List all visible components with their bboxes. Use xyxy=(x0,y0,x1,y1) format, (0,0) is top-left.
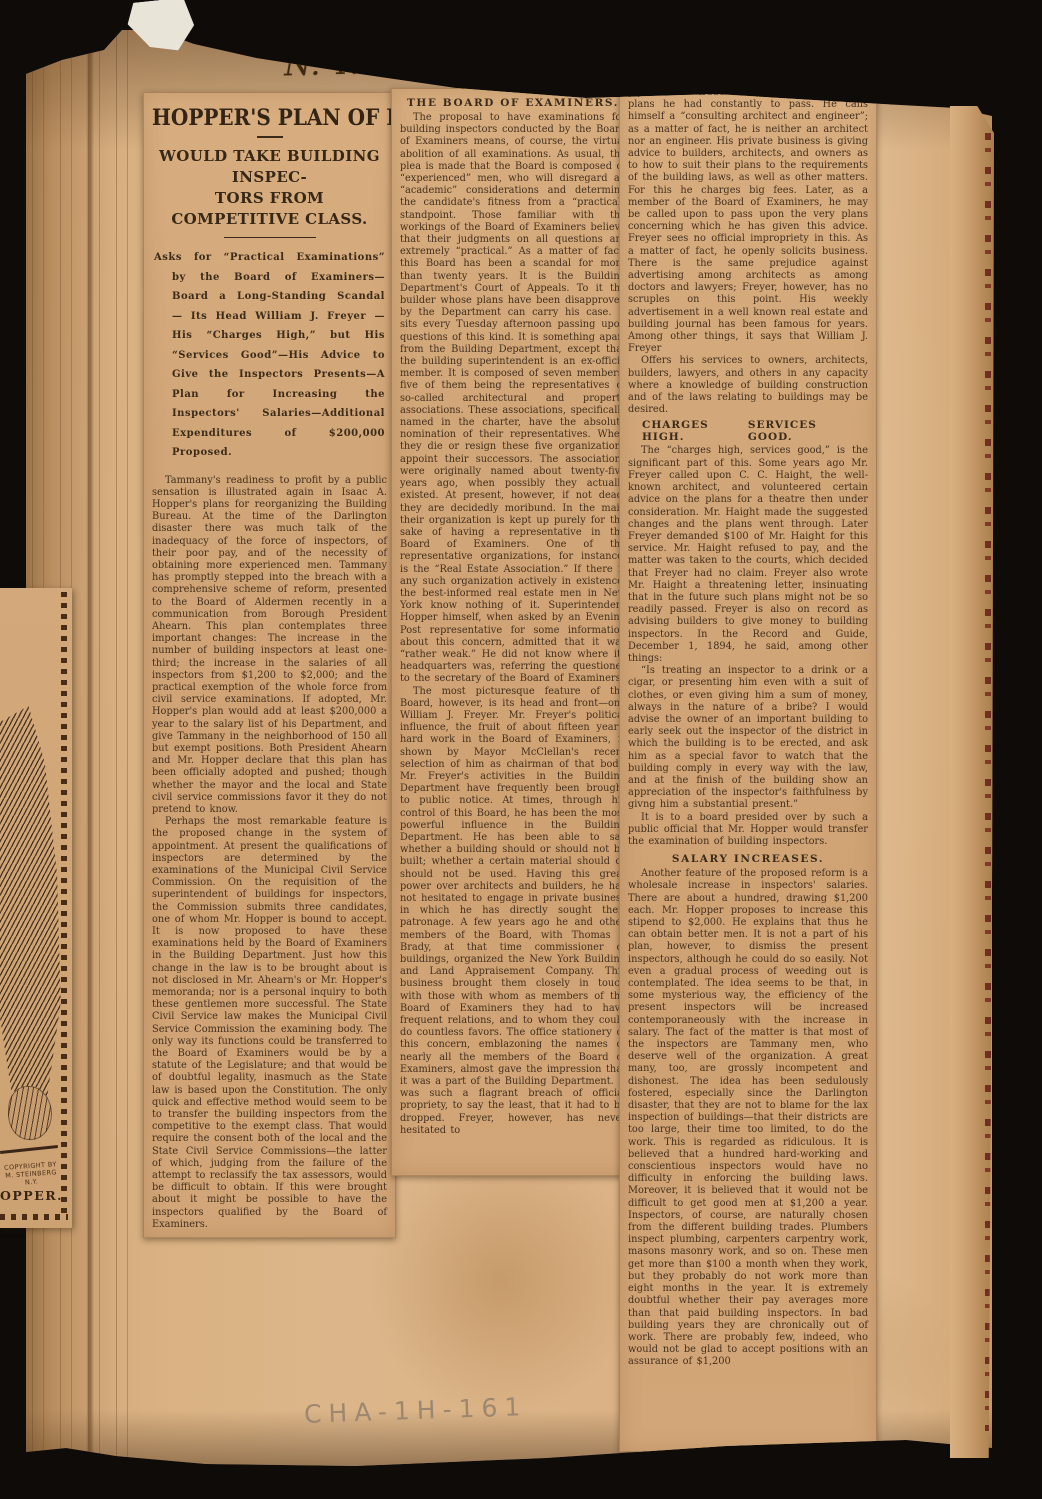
article-paragraph: ply his own trade among those upon whose… xyxy=(628,87,868,355)
engraving-copyright: COPYRIGHT BY M. STEINBERG N.Y. xyxy=(1,1160,61,1188)
scrapbook-photo: N. Y. - Evening Post. May 21 - 1904 HOPP… xyxy=(0,0,1042,1499)
handwritten-publication: N. Y. - Evening Post. xyxy=(284,39,622,83)
subhead-services-good: SERVICES GOOD. xyxy=(748,419,858,443)
article-paragraph: The most picturesque feature of the Boar… xyxy=(400,686,626,1138)
section-heading-board-of-examiners: THE BOARD OF EXAMINERS. xyxy=(400,97,626,109)
handwritten-source-note: N. Y. - Evening Post. May 21 - 1904 xyxy=(284,33,885,84)
engraving-caption: OPPER. xyxy=(0,1188,48,1203)
article-quote-paragraph: “Is treating an inspector to a drink or … xyxy=(628,665,868,811)
cross-border-icon xyxy=(61,592,67,1216)
engraving-sleeve-hatching xyxy=(0,706,62,1106)
article-deck: Asks for “Practical Examinations” by the… xyxy=(154,248,385,463)
clipping-column-3: ply his own trade among those upon whose… xyxy=(619,80,877,1452)
scrapbook-page: N. Y. - Evening Post. May 21 - 1904 HOPP… xyxy=(26,0,992,1470)
article-paragraph: Perhaps the most remarkable feature is t… xyxy=(152,816,387,1231)
pencil-catalog-number: CHA-1H-161 xyxy=(304,1392,528,1429)
article-paragraph: It is to a board presided over by such a… xyxy=(628,812,868,849)
section-heading-salary-increases: SALARY INCREASES. xyxy=(628,853,868,865)
clipping-column-2: THE BOARD OF EXAMINERS. The proposal to … xyxy=(391,88,635,1176)
portrait-engraving-fragment: COPYRIGHT BY M. STEINBERG N.Y. OPPER. xyxy=(0,588,72,1228)
article-offer-extract: Offers his services to owners, architect… xyxy=(628,355,868,416)
section-heading-charges-services: CHARGES HIGH. SERVICES GOOD. xyxy=(628,416,868,445)
book-fore-edge xyxy=(950,106,994,1458)
engraving-hand xyxy=(8,1086,52,1140)
subhead-charges-high: CHARGES HIGH. xyxy=(642,419,748,443)
paper-stain xyxy=(366,1140,636,1420)
article-subheadline: WOULD TAKE BUILDING INSPEC- TORS FROM CO… xyxy=(152,146,387,230)
article-paragraph: The “charges high, services good,” is th… xyxy=(628,445,868,665)
headline-rule xyxy=(257,136,283,138)
article-paragraph: Another feature of the proposed reform i… xyxy=(628,868,868,1368)
article-paragraph: The proposal to have examinations for bu… xyxy=(400,112,626,686)
handwritten-date: May 21 - 1904 xyxy=(684,32,924,74)
clipping-column-1: HOPPER'S PLAN OF REFORM. WOULD TAKE BUIL… xyxy=(143,92,396,1238)
engraving-table-edge xyxy=(0,1145,58,1154)
subhead-rule xyxy=(224,237,316,238)
cross-border-icon xyxy=(0,1214,68,1220)
article-headline: HOPPER'S PLAN OF REFORM. xyxy=(152,104,387,131)
article-paragraph: Tammany's readiness to profit by a publi… xyxy=(152,475,387,817)
page-crease xyxy=(86,0,94,1470)
